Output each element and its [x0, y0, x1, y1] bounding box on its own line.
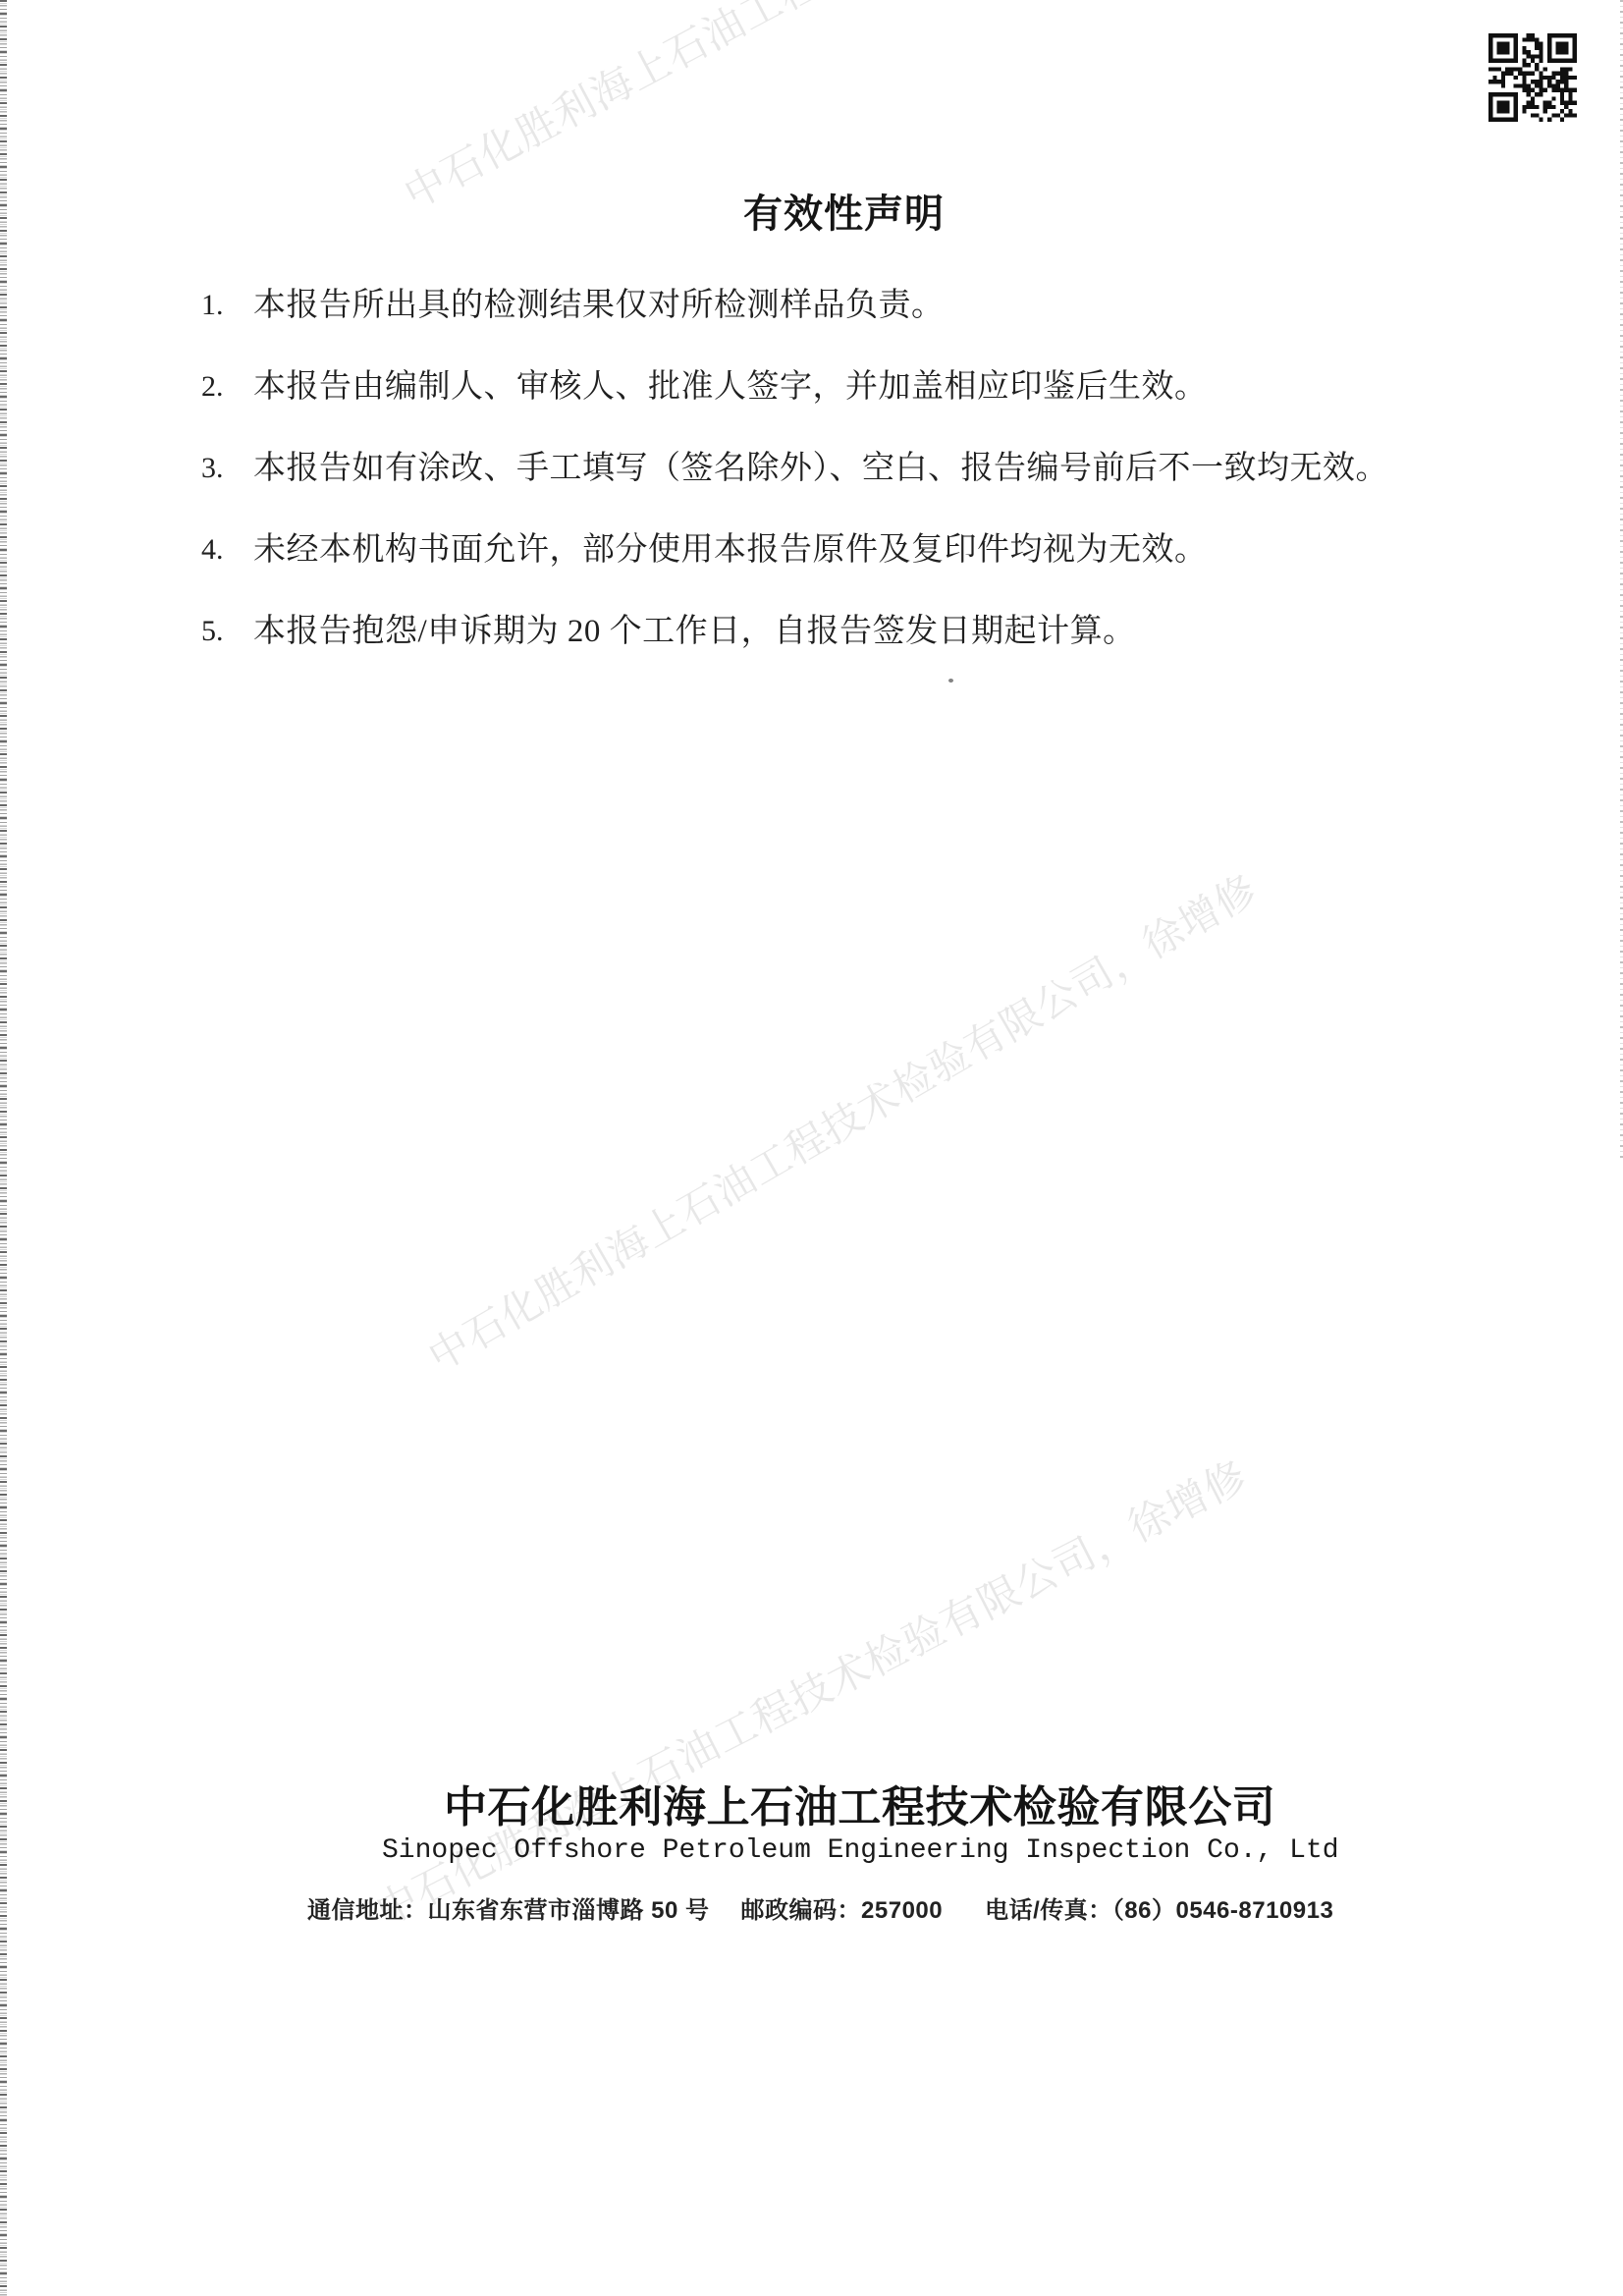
- scan-edge-left: [0, 0, 7, 2296]
- statement-number: 3.: [201, 450, 253, 487]
- scanned-document-page: 中石化胜利海上石油工程技术检验有限公司，徐增修 中石化胜利海上石油工程技术检验有…: [0, 0, 1623, 2296]
- company-name-chinese: 中石化胜利海上石油工程技术检验有限公司: [444, 1772, 1275, 1834]
- diagonal-watermark: 中石化胜利海上石油工程技术检验有限公司，徐增修: [422, 868, 1265, 1378]
- statement-text: 未经本机构书面允许，部分使用本报告原件及复印件均视为无效。: [253, 531, 1208, 569]
- statement-list: 1. 本报告所出具的检测结果仅对所检测样品负责。 2. 本报告由编制人、审核人、…: [201, 287, 1468, 694]
- statement-number: 4.: [201, 531, 253, 569]
- statement-text: 本报告由编制人、审核人、批准人签字，并加盖相应印鉴后生效。: [253, 368, 1208, 406]
- statement-item: 4. 未经本机构书面允许，部分使用本报告原件及复印件均视为无效。: [201, 531, 1468, 569]
- statement-number: 1.: [201, 287, 253, 324]
- company-name-english: Sinopec Offshore Petroleum Engineering I…: [382, 1835, 1339, 1866]
- statement-text: 本报告抱怨/申诉期为 20 个工作日，自报告签发日期起计算。: [253, 613, 1136, 650]
- page-title: 有效性声明: [743, 183, 945, 239]
- mailing-address: 通信地址：山东省东营市淄博路 50 号: [307, 1890, 710, 1925]
- statement-text: 本报告所出具的检测结果仅对所检测样品负责。: [253, 287, 945, 324]
- statement-item: 5. 本报告抱怨/申诉期为 20 个工作日，自报告签发日期起计算。: [201, 613, 1468, 650]
- statement-number: 2.: [201, 368, 253, 406]
- contact-info-line: 通信地址：山东省东营市淄博路 50 号 邮政编码：257000 电话/传真：（8…: [307, 1890, 1333, 1925]
- statement-number: 5.: [201, 613, 253, 650]
- postal-code: 邮政编码：257000: [741, 1890, 944, 1925]
- qr-code-icon: [1488, 33, 1577, 122]
- statement-item: 2. 本报告由编制人、审核人、批准人签字，并加盖相应印鉴后生效。: [201, 368, 1468, 406]
- statement-item: 1. 本报告所出具的检测结果仅对所检测样品负责。: [201, 287, 1468, 324]
- scan-artifact-dot: [948, 679, 953, 683]
- statement-item: 3. 本报告如有涂改、手工填写（签名除外）、空白、报告编号前后不一致均无效。: [201, 450, 1468, 487]
- phone-fax: 电话/传真：（86）0546-8710913: [985, 1890, 1333, 1925]
- statement-text: 本报告如有涂改、手工填写（签名除外）、空白、报告编号前后不一致均无效。: [253, 450, 1388, 487]
